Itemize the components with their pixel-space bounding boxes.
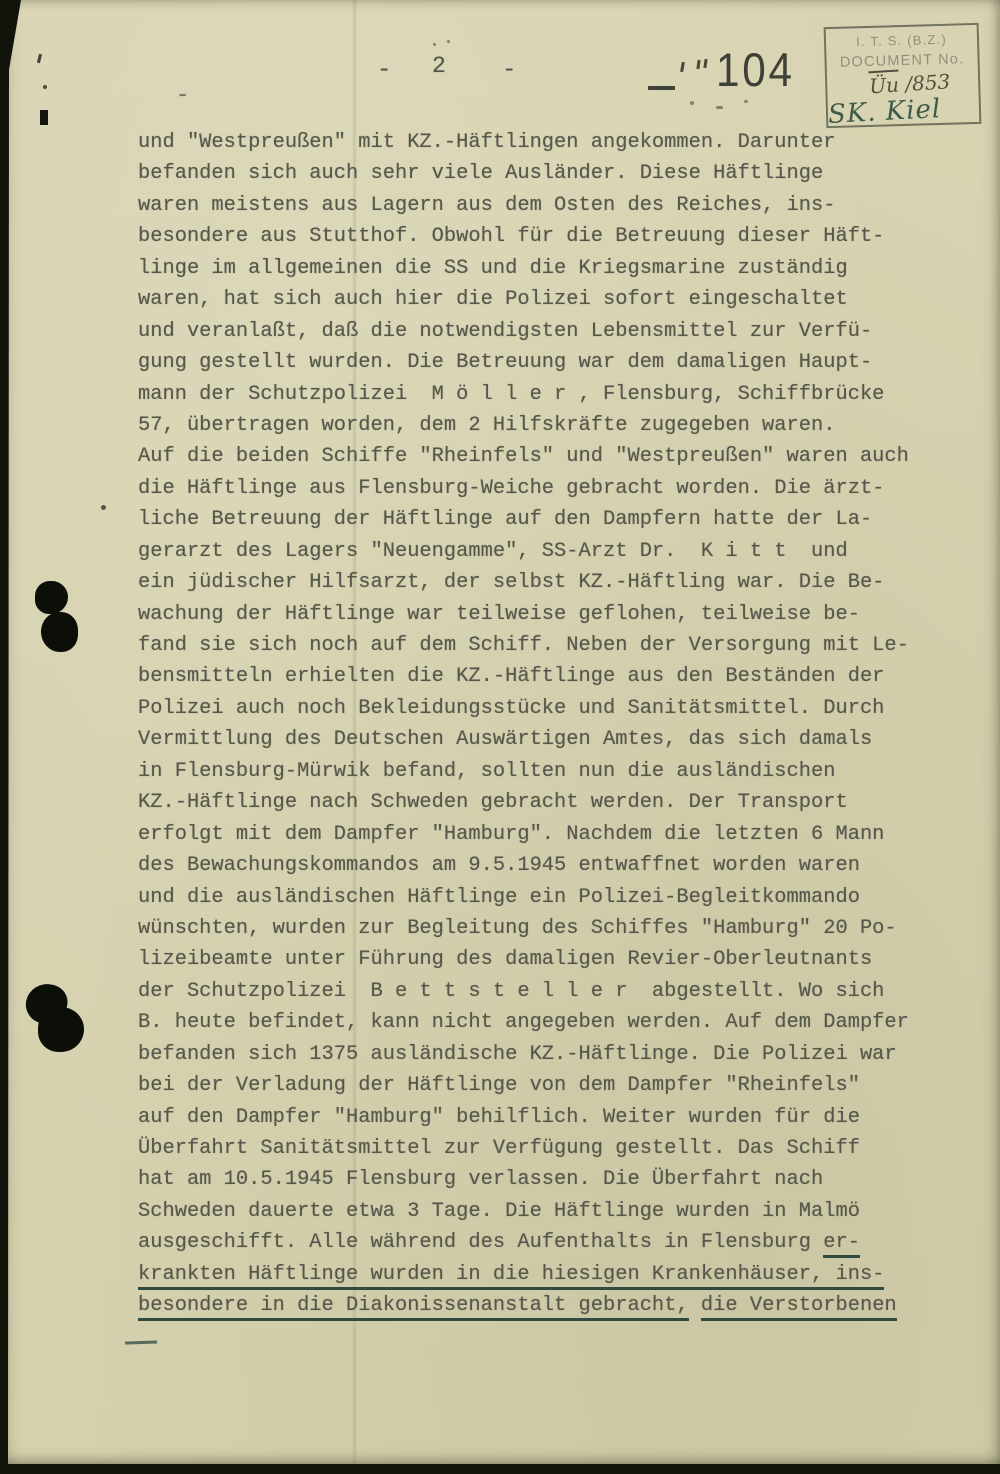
text-segment: besondere aus Stutthof. Obwohl für die B… <box>138 225 884 248</box>
text-line: wünschten, wurden zur Begleitung des Sch… <box>138 913 948 944</box>
stray-dot <box>447 40 450 43</box>
paper-speck <box>43 85 47 89</box>
text-line: befanden sich auch sehr viele Ausländer.… <box>138 158 948 189</box>
text-segment: die Häftlinge aus Flensburg-Weiche gebra… <box>138 477 884 500</box>
text-segment: und die ausländischen Häftlinge ein Poli… <box>138 886 860 909</box>
underlined-text-segment: besondere in die Diakonissenanstalt gebr… <box>138 1294 689 1321</box>
text-line: KZ.-Häftlinge nach Schweden gebracht wer… <box>138 787 948 818</box>
text-segment: und "Westpreußen" mit KZ.-Häftlingen ang… <box>138 131 835 154</box>
stamp-org-line: I. T. S. (B.Z.) <box>826 31 977 50</box>
text-line: gung gestellt wurden. Die Betreuung war … <box>138 347 948 378</box>
text-segment: gerarzt des Lagers "Neuengamme", SS-Arzt… <box>138 540 848 563</box>
text-line: der Schutzpolizei B e t t s t e l l e r … <box>138 976 948 1007</box>
stray-dot <box>716 106 723 109</box>
margin-dot <box>101 505 106 510</box>
text-segment: und veranlaßt, daß die notwendigsten Leb… <box>138 320 872 343</box>
stamp-number-overlined: Üu <box>868 70 899 99</box>
text-segment: Auf die beiden Schiffe "Rheinfels" und "… <box>138 445 909 468</box>
text-line: und die ausländischen Häftlinge ein Poli… <box>138 882 948 913</box>
text-segment: Schweden dauerte etwa 3 Tage. Die Häftli… <box>138 1200 860 1223</box>
text-line: in Flensburg-Mürwik befand, sollten nun … <box>138 756 948 787</box>
text-line: Schweden dauerte etwa 3 Tage. Die Häftli… <box>138 1196 948 1227</box>
text-segment: 57, übertragen worden, dem 2 Hilfskräfte… <box>138 414 835 437</box>
text-segment: in Flensburg-Mürwik befand, sollten nun … <box>138 760 835 783</box>
text-segment: gung gestellt wurden. Die Betreuung war … <box>138 351 872 374</box>
text-segment: Überfahrt Sanitätsmittel zur Verfügung g… <box>138 1137 860 1160</box>
text-line: 57, übertragen worden, dem 2 Hilfskräfte… <box>138 410 948 441</box>
page-number: 2 <box>432 53 446 79</box>
text-segment: bei der Verladung der Häftlinge von dem … <box>138 1074 860 1097</box>
archive-number-stamp: 104 <box>716 42 795 97</box>
text-line: linge im allgemeinen die SS und die Krie… <box>138 253 948 284</box>
text-segment: waren, hat sich auch hier die Polizei so… <box>138 288 848 311</box>
text-segment: befanden sich auch sehr viele Ausländer.… <box>138 162 823 185</box>
tick-mark <box>703 59 707 68</box>
text-segment: lizeibeamte unter Führung des damaligen … <box>138 948 872 971</box>
text-segment: erfolgt mit dem Dampfer "Hamburg". Nachd… <box>138 823 884 846</box>
text-segment: fand sie sich noch auf dem Schiff. Neben… <box>138 634 909 657</box>
text-line: und veranlaßt, daß die notwendigsten Leb… <box>138 316 948 347</box>
text-line: ausgeschifft. Alle während des Aufenthal… <box>138 1227 948 1258</box>
text-line: Überfahrt Sanitätsmittel zur Verfügung g… <box>138 1133 948 1164</box>
text-line: bensmitteln erhielten die KZ.-Häftlinge … <box>138 661 948 692</box>
text-line: mann der Schutzpolizei M ö l l e r , Fle… <box>138 379 948 410</box>
text-segment: waren meistens aus Lagern aus dem Osten … <box>138 194 835 217</box>
text-segment: auf den Dampfer "Hamburg" behilflich. We… <box>138 1106 860 1129</box>
margin-mark <box>40 110 48 125</box>
text-segment: wünschten, wurden zur Begleitung des Sch… <box>138 917 897 940</box>
stray-dot <box>433 43 436 46</box>
text-segment: Polizei auch noch Bekleidungsstücke und … <box>138 697 884 720</box>
text-line: bei der Verladung der Häftlinge von dem … <box>138 1070 948 1101</box>
text-segment: mann der Schutzpolizei M ö l l e r , Fle… <box>138 383 884 406</box>
page-number-dash-left: - <box>377 57 391 84</box>
stray-dot <box>744 100 748 103</box>
ink-blot <box>41 612 78 652</box>
text-segment: Vermittlung des Deutschen Auswärtigen Am… <box>138 728 872 751</box>
text-line: und "Westpreußen" mit KZ.-Häftlingen ang… <box>138 127 948 158</box>
text-line: waren, hat sich auch hier die Polizei so… <box>138 284 948 315</box>
text-segment: der Schutzpolizei B e t t s t e l l e r … <box>138 980 884 1003</box>
text-line: B. heute befindet, kann nicht angegeben … <box>138 1007 948 1038</box>
stamp-number-rest: /853 <box>898 69 951 96</box>
ink-underline-fragment <box>125 1340 157 1344</box>
page-number-dash-right: - <box>502 57 516 84</box>
text-segment <box>689 1294 701 1317</box>
text-line: befanden sich 1375 ausländische KZ.-Häft… <box>138 1039 948 1070</box>
text-segment: ausgeschifft. Alle während des Aufenthal… <box>138 1231 823 1254</box>
text-segment: B. heute befindet, kann nicht angegeben … <box>138 1011 909 1034</box>
text-segment: bensmitteln erhielten die KZ.-Häftlinge … <box>138 665 884 688</box>
text-line: krankten Häftlinge wurden in die hiesige… <box>138 1259 948 1290</box>
ink-blot <box>35 581 68 614</box>
stray-dot <box>690 101 694 105</box>
text-segment: wachung der Häftlinge war teilweise gefl… <box>138 603 860 626</box>
text-line: gerarzt des Lagers "Neuengamme", SS-Arzt… <box>138 536 948 567</box>
text-line: erfolgt mit dem Dampfer "Hamburg". Nachd… <box>138 819 948 850</box>
text-line: Vermittlung des Deutschen Auswärtigen Am… <box>138 724 948 755</box>
text-line: waren meistens aus Lagern aus dem Osten … <box>138 190 948 221</box>
text-line: wachung der Häftlinge war teilweise gefl… <box>138 599 948 630</box>
scanned-document-page: { "header": { "dash_left": "-", "page_nu… <box>0 0 1000 1474</box>
underscore-mark <box>648 86 675 90</box>
paper-speck <box>37 54 42 63</box>
ink-blot <box>38 1007 84 1052</box>
text-segment: hat am 10.5.1945 Flensburg verlassen. Di… <box>138 1168 823 1191</box>
text-line: die Häftlinge aus Flensburg-Weiche gebra… <box>138 473 948 504</box>
typewritten-text-block: und "Westpreußen" mit KZ.-Häftlingen ang… <box>138 127 948 1322</box>
text-line: besondere aus Stutthof. Obwohl für die B… <box>138 221 948 252</box>
text-line: hat am 10.5.1945 Flensburg verlassen. Di… <box>138 1164 948 1195</box>
text-line: fand sie sich noch auf dem Schiff. Neben… <box>138 630 948 661</box>
text-segment: liche Betreuung der Häftlinge auf den Da… <box>138 508 872 531</box>
text-segment: linge im allgemeinen die SS und die Krie… <box>138 257 848 280</box>
text-segment: befanden sich 1375 ausländische KZ.-Häft… <box>138 1043 897 1066</box>
text-line: besondere in die Diakonissenanstalt gebr… <box>138 1290 948 1321</box>
underlined-text-segment: er- <box>823 1231 860 1258</box>
text-line: lizeibeamte unter Führung des damaligen … <box>138 944 948 975</box>
underlined-text-segment: die Verstorbenen <box>701 1294 897 1321</box>
text-line: Auf die beiden Schiffe "Rheinfels" und "… <box>138 441 948 472</box>
text-line: auf den Dampfer "Hamburg" behilflich. We… <box>138 1102 948 1133</box>
text-line: liche Betreuung der Häftlinge auf den Da… <box>138 504 948 535</box>
tick-mark <box>680 62 685 72</box>
tick-mark <box>696 60 700 69</box>
text-segment: KZ.-Häftlinge nach Schweden gebracht wer… <box>138 791 848 814</box>
text-line: ein jüdischer Hilfsarzt, der selbst KZ.-… <box>138 567 948 598</box>
underlined-text-segment: krankten Häftlinge wurden in die hiesige… <box>138 1263 884 1290</box>
paper-sheet: - 2 - - 104 I. T. S. (B.Z.) DOCUMENT No.… <box>0 0 1000 1464</box>
text-line: des Bewachungskommandos am 9.5.1945 entw… <box>138 850 948 881</box>
stamp-handwritten-annotation: SK. Kiel <box>827 94 942 130</box>
stray-typed-dash: - <box>176 83 189 108</box>
text-segment: ein jüdischer Hilfsarzt, der selbst KZ.-… <box>138 571 884 594</box>
text-segment: des Bewachungskommandos am 9.5.1945 entw… <box>138 854 860 877</box>
text-line: Polizei auch noch Bekleidungsstücke und … <box>138 693 948 724</box>
